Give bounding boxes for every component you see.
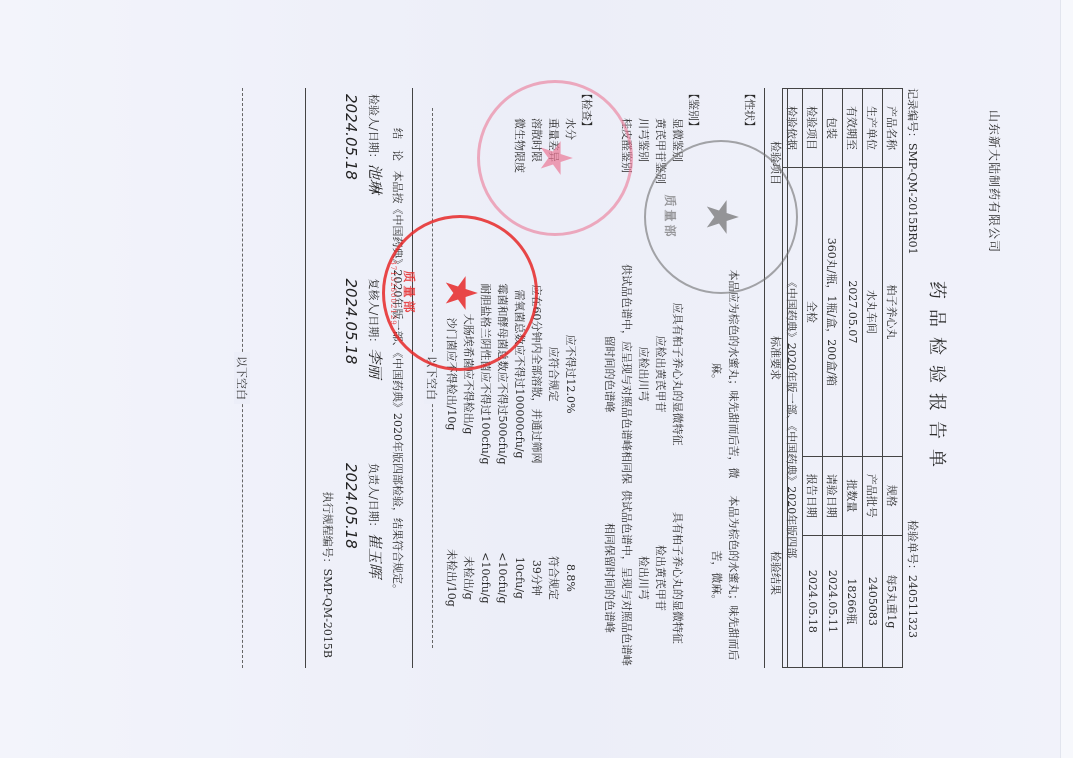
product-info-table: 产品名称柏子养心丸规格每5丸重1g生产单位水丸车间产品批号2405083有效期至… [782,88,903,668]
company-name: 山东新大陆制药有限公司 [986,110,1003,253]
info-label: 报告日期 [803,456,823,535]
info-value: 2024.05.11 [823,535,843,667]
conclusion-section: 结 论 本品按《中国药典》2020年版一部、《中国药典》2020年版四部检验，结… [305,88,413,668]
info-value: 18266瓶 [843,535,863,667]
info-value: 2027.05.07 [843,168,863,457]
reviewer-signature-field: 复核人/日期：李丽 2024.05.18 [338,278,386,462]
info-label: 有效期至 [843,89,863,168]
info-value: 每5丸重1g [883,535,903,667]
test-result: 39分钟 [528,488,545,668]
test-result: 具有柏子养心丸的显微特征 [669,488,686,668]
info-row: 包装360丸/瓶，1瓶/盒，200盒/箱请验日期2024.05.11 [823,89,843,668]
test-result: 未检出/10g [443,488,460,668]
star-icon: ★ [699,197,743,236]
test-result: 未检出/g [460,488,477,668]
info-label: 检验项目 [803,89,823,168]
standard-requirement: 应检出黄芪甲苷 [652,260,669,488]
info-label: 规格 [883,456,903,535]
record-number: 记录编号：SMP-QM-2015BR01 [905,88,921,255]
standard-requirement: 供试品色谱中，应呈现与对照品色谱峰相同保留时间的色谱峰 [601,260,635,488]
info-value: 柏子养心丸 [883,168,903,457]
star-icon: ★ [533,138,577,177]
conclusion-text: 本品按《中国药典》2020年版一部、《中国药典》2020年版四部检验，结果符合规… [391,171,404,596]
info-row: 产品名称柏子养心丸规格每5丸重1g [883,89,903,668]
info-label: 请验日期 [823,456,843,535]
quality-dept-stamp-gray: ★ 质量部 [644,140,798,294]
star-icon: ★ [438,273,482,312]
test-result: 10cfu/g [511,488,528,668]
info-value: 360丸/瓶，1瓶/盒，200盒/箱 [823,168,843,457]
info-value: 2405083 [863,535,883,667]
standard-requirement: 本品应为棕色的水蜜丸；味先甜而后苦，微麻。 [708,260,742,488]
standard-requirement: 应检出川芎 [635,260,652,488]
blank-marker: 以下空白 [432,108,433,648]
standard-requirement: 应符合规定 [545,260,562,488]
report-title: 药品检验报告单 [925,0,951,758]
test-result: <10cfu/g [477,488,494,668]
result-row: 大肠埃希菌应不得检出/g未检出/g [460,88,477,668]
test-result: 检出川芎 [635,488,652,668]
test-result: 本品为棕色的水蜜丸；味先甜而后苦，微麻。 [708,488,742,668]
test-result: <10cfu/g [494,488,511,668]
result-row: 沙门菌应不得检出/10g未检出/10g [443,88,460,668]
test-result: 供试品色谱中，呈现与对照品色谱峰相同保留时间的色谱峰 [601,488,635,668]
info-value: 水丸车间 [863,168,883,457]
standard-requirement: 应不得过12.0% [562,260,579,488]
result-row: 川芎鉴别应检出川芎检出川芎 [635,88,652,668]
info-row: 有效期至2027.05.07批数量18266瓶 [843,89,863,668]
manager-signature-field: 负责人/日期：崔玉晖 2024.05.18 [338,463,386,662]
info-label: 产品名称 [883,89,903,168]
execution-procedure-number: 执行规程编号：SMP-QM-2015B [316,88,338,668]
standard-requirement: 应具有柏子养心丸的显微特征 [669,260,686,488]
test-result: 检出黄芪甲苷 [652,488,669,668]
header-result: 检验结果 [768,478,784,668]
test-result: 符合规定 [545,488,562,668]
info-label: 生产单位 [863,89,883,168]
bottom-blank-marker: 以下空白 [242,88,243,668]
inspector-signature-field: 检验人/日期：池琳 2024.05.18 [338,94,386,278]
info-row: 检验项目全检报告日期2024.05.18 [803,89,823,668]
info-label: 包装 [823,89,843,168]
signatures: 检验人/日期：池琳 2024.05.18 复核人/日期：李丽 2024.05.1… [338,88,386,668]
conclusion-label: 结 论 [391,128,404,161]
info-label: 产品批号 [863,456,883,535]
info-value: 全检 [803,168,823,457]
inspection-report-page: 山东新大陆制药有限公司 药品检验报告单 记录编号：SMP-QM-2015BR01… [0,0,1073,758]
quality-dept-stamp-red: ★ 质量部 371326002129 [382,215,538,371]
info-value: 2024.05.18 [803,535,823,667]
info-label: 批数量 [843,456,863,535]
info-row: 生产单位水丸车间产品批号2405083 [863,89,883,668]
company-stamp-pink: ★ [477,80,633,236]
report-number: 检验单号：240511323 [905,520,921,638]
test-result: 8.8% [562,488,579,668]
